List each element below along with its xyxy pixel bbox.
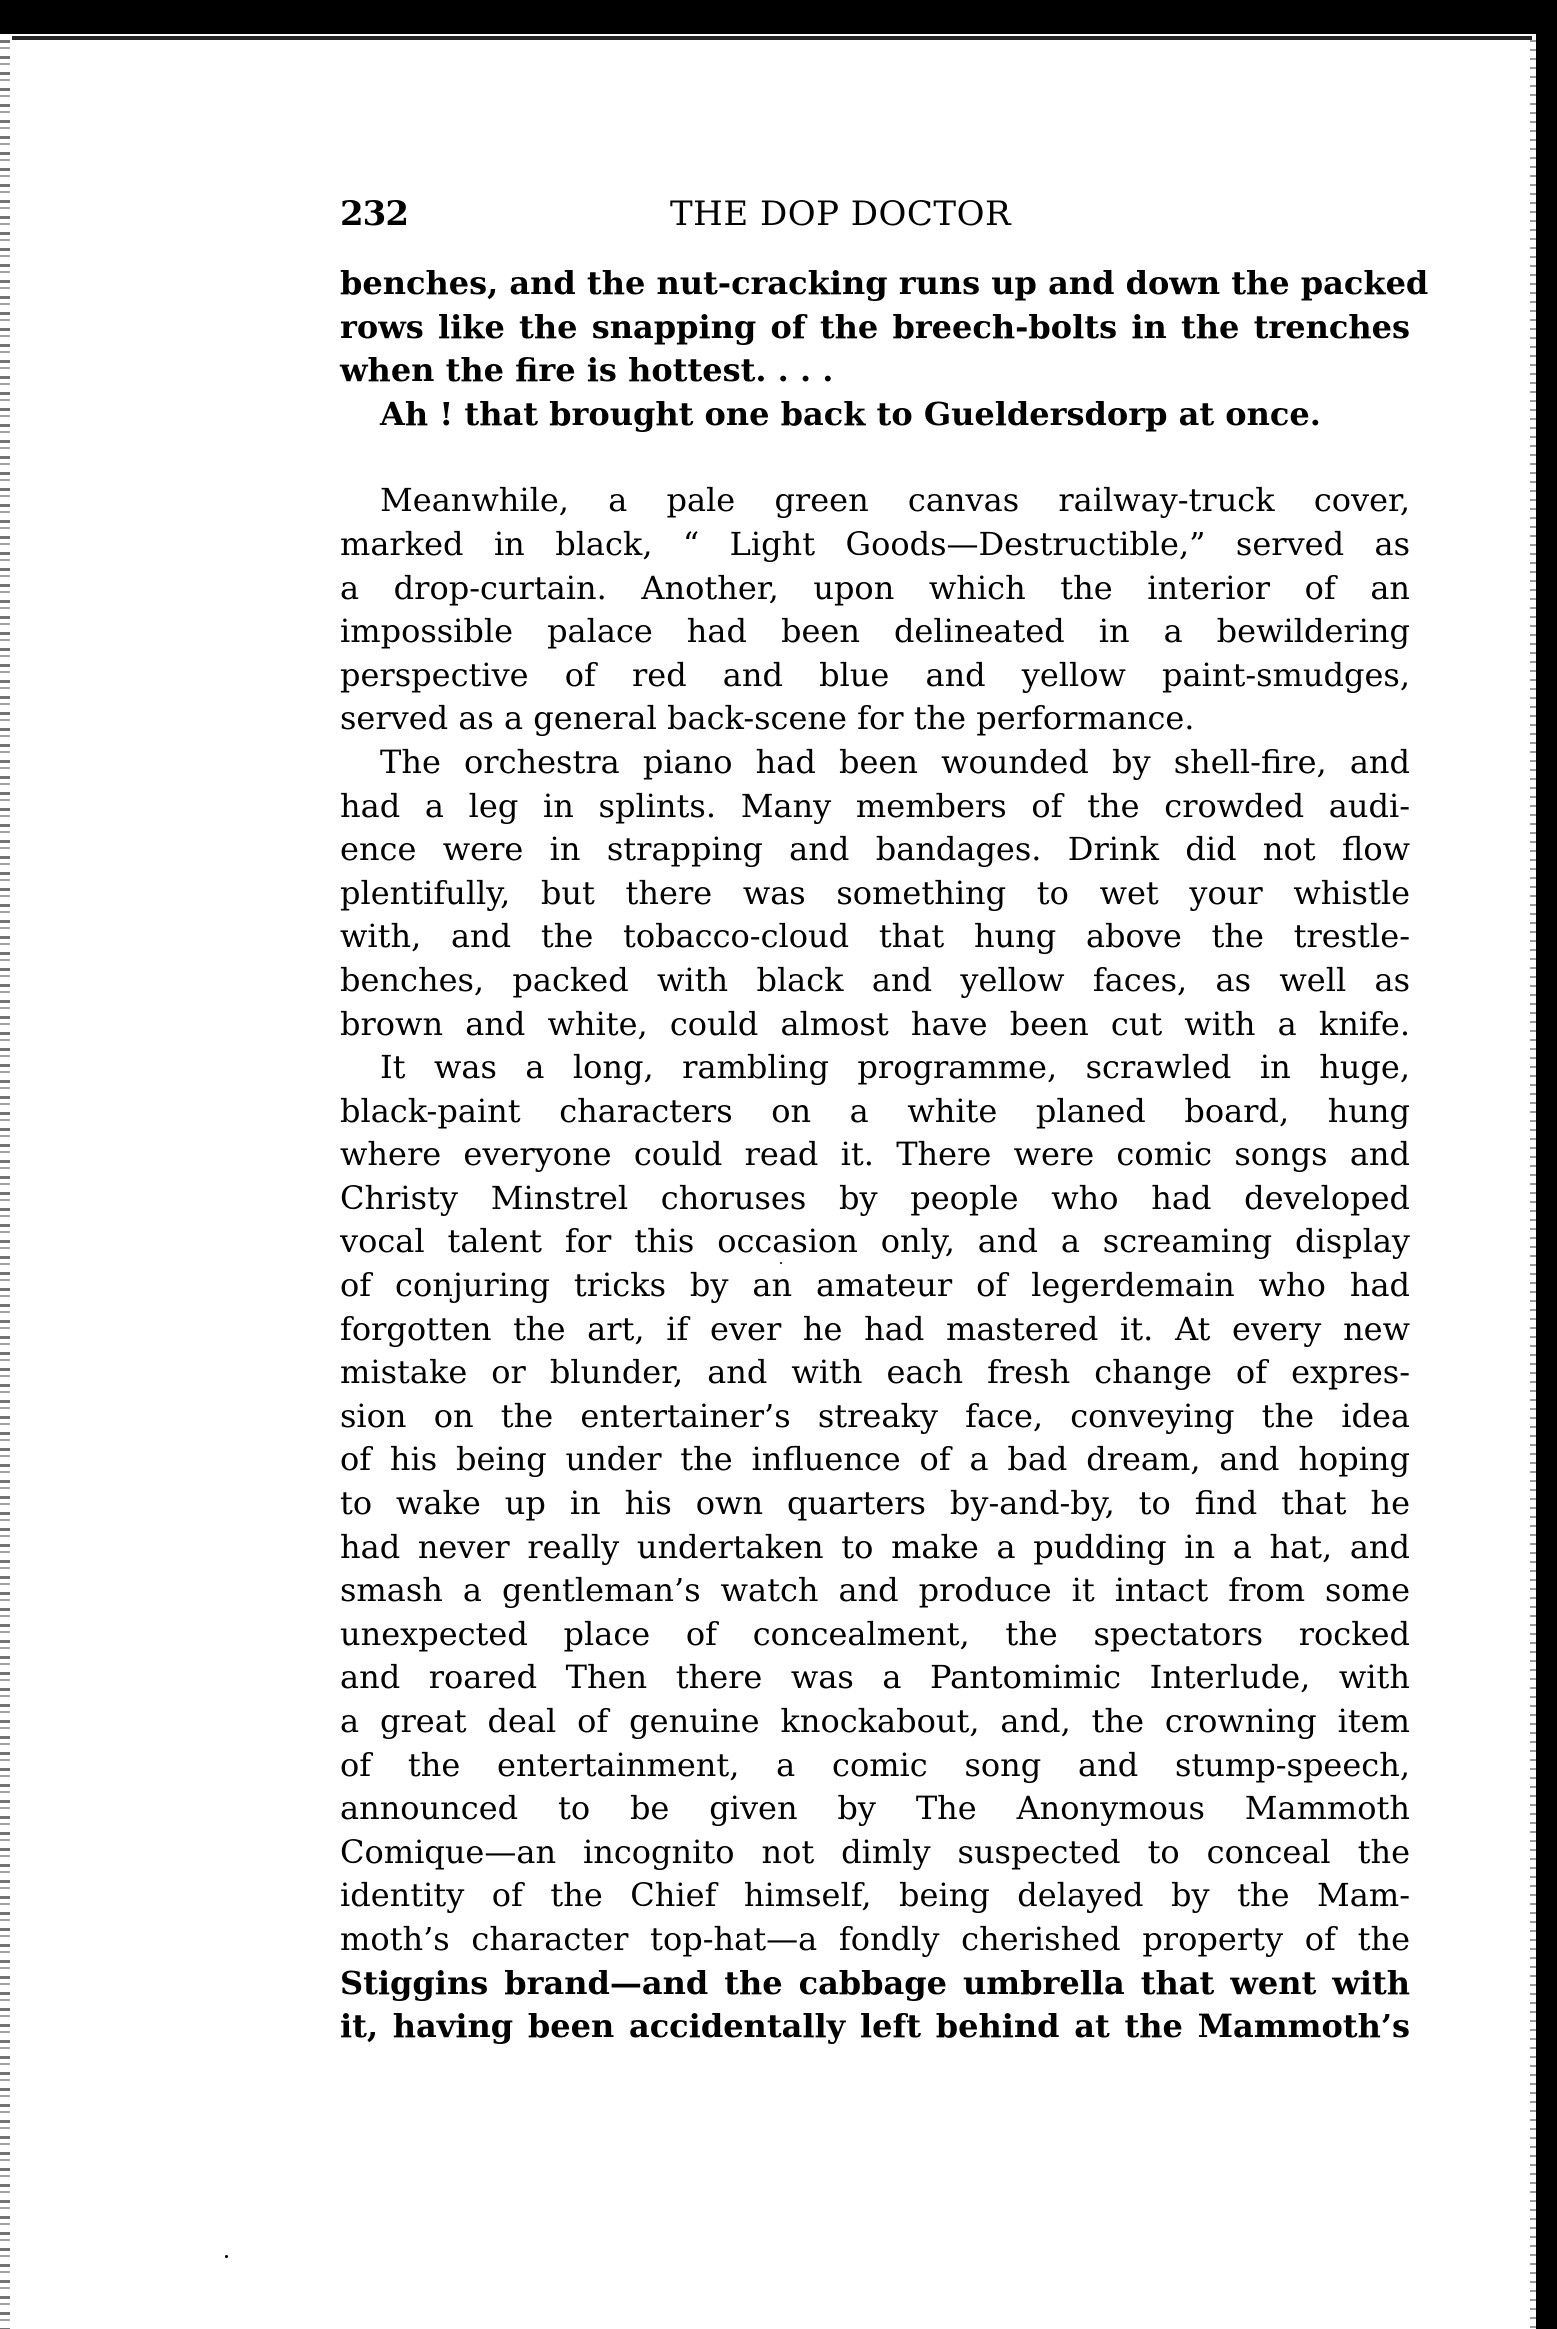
text-line: Stiggins brand—and the cabbage umbrella … (340, 1962, 1410, 2006)
paragraph-programme: It was a long, rambling programme, scraw… (340, 1046, 1410, 2049)
scan-top-rule (12, 36, 1532, 40)
scan-left-edge-noise (0, 40, 10, 2329)
running-title: THE DOP DOCTOR (670, 194, 1011, 234)
paragraph-drop-curtain: Meanwhile, a pale green canvas railway-t… (340, 479, 1410, 741)
text-line: vocal talent for this occasion only, and… (340, 1220, 1410, 1264)
text-line: had never really undertaken to make a pu… (340, 1526, 1410, 1570)
text-line: forgotten the art, if ever he had master… (340, 1308, 1410, 1352)
text-line: smash a gentleman’s watch and produce it… (340, 1569, 1410, 1613)
text-line: Comique—an incognito not dimly suspected… (340, 1831, 1410, 1875)
text-line: benches, and the nut-cracking runs up an… (340, 262, 1410, 306)
scan-speck (780, 1262, 782, 1264)
text-line: of conjuring tricks by an amateur of leg… (340, 1264, 1410, 1308)
text-line: where everyone could read it. There were… (340, 1133, 1410, 1177)
text-line: identity of the Chief himself, being del… (340, 1874, 1410, 1918)
text-line: with, and the tobacco-cloud that hung ab… (340, 915, 1410, 959)
scan-right-border (1536, 30, 1557, 2329)
paragraph-continuation: benches, and the nut-cracking runs up an… (340, 262, 1410, 393)
text-line: it, having been accidentally left behind… (340, 2005, 1410, 2049)
text-line: when the fire is hottest. . . . (340, 349, 1410, 393)
text-line: of the entertainment, a comic song and s… (340, 1744, 1410, 1788)
text-line: benches, packed with black and yellow fa… (340, 959, 1410, 1003)
text-line: perspective of red and blue and yellow p… (340, 654, 1410, 698)
scan-speck (225, 2255, 228, 2258)
text-line: It was a long, rambling programme, scraw… (340, 1046, 1410, 1090)
text-line: rows like the snapping of the breech-bol… (340, 306, 1410, 350)
text-line: moth’s character top-hat—a fondly cheris… (340, 1918, 1410, 1962)
text-line: unexpected place of concealment, the spe… (340, 1613, 1410, 1657)
text-line: sion on the entertainer’s streaky face, … (340, 1395, 1410, 1439)
text-line: ence were in strapping and bandages. Dri… (340, 828, 1410, 872)
text-line: mistake or blunder, and with each fresh … (340, 1351, 1410, 1395)
text-line: Meanwhile, a pale green canvas railway-t… (340, 479, 1410, 523)
text-line: black-paint characters on a white planed… (340, 1090, 1410, 1134)
text-line: plentifully, but there was something to … (340, 872, 1410, 916)
text-line: a drop-curtain. Another, upon which the … (340, 567, 1410, 611)
scan-top-border (0, 0, 1557, 34)
book-page: 232 THE DOP DOCTOR benches, and the nut-… (340, 190, 1410, 2049)
text-line: a great deal of genuine knockabout, and,… (340, 1700, 1410, 1744)
page-number: 232 (340, 194, 408, 234)
text-line: served as a general back-scene for the p… (340, 697, 1410, 741)
text-line: brown and white, could almost have been … (340, 1003, 1410, 1047)
text-line: impossible palace had been delineated in… (340, 610, 1410, 654)
text-line: Ah ! that brought one back to Gueldersdo… (340, 393, 1410, 437)
paragraph-exclamation: Ah ! that brought one back to Gueldersdo… (340, 393, 1410, 437)
paragraph-orchestra: The orchestra piano had been wounded by … (340, 741, 1410, 1046)
text-line: of his being under the influence of a ba… (340, 1438, 1410, 1482)
text-line: marked in black, “ Light Goods—Destructi… (340, 523, 1410, 567)
text-line: to wake up in his own quarters by-and-by… (340, 1482, 1410, 1526)
running-head: 232 THE DOP DOCTOR (340, 190, 1410, 242)
text-line: Christy Minstrel choruses by people who … (340, 1177, 1410, 1221)
text-line: had a leg in splints. Many members of th… (340, 785, 1410, 829)
text-line: announced to be given by The Anonymous M… (340, 1787, 1410, 1831)
text-line: The orchestra piano had been wounded by … (340, 741, 1410, 785)
section-break (340, 436, 1410, 479)
text-line: and roared Then there was a Pantomimic I… (340, 1656, 1410, 1700)
